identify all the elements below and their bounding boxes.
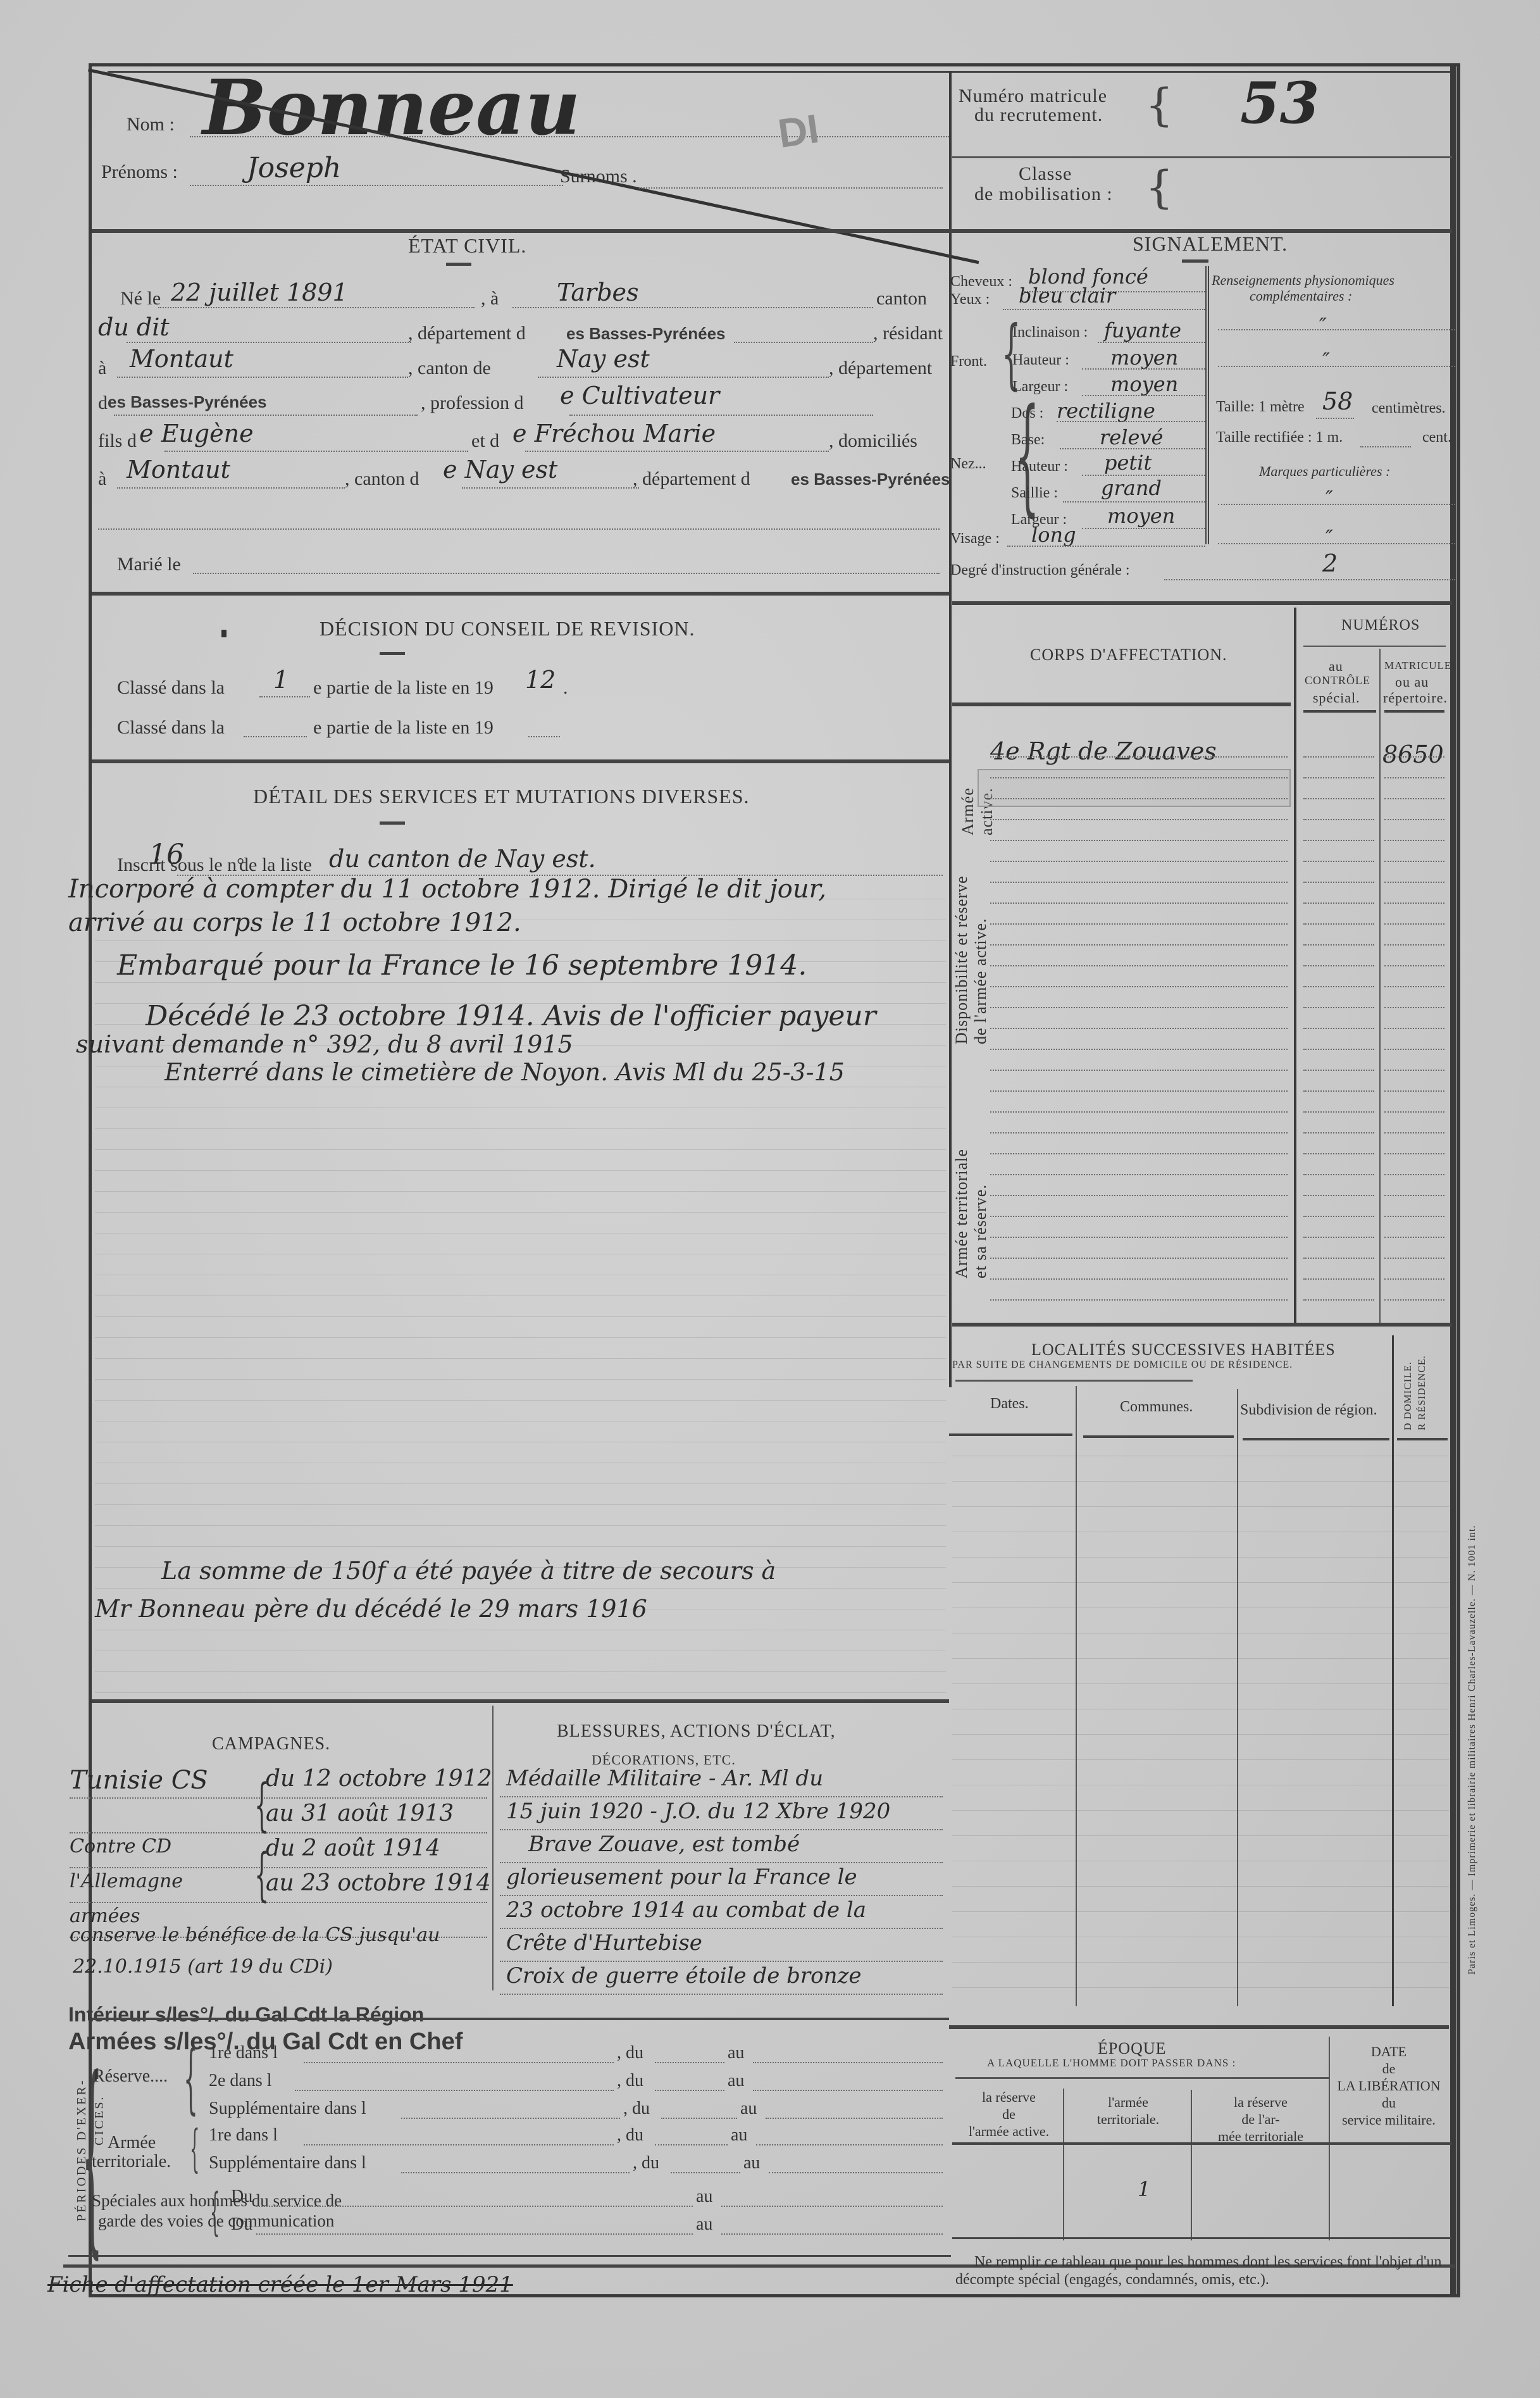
nez-hauteur: petit	[1104, 451, 1152, 475]
blessures-title: BLESSURES, ACTIONS D'ÉCLAT,	[557, 1721, 836, 1742]
front-inclinaison: fuyante	[1104, 318, 1181, 342]
periode-du: , du	[617, 2125, 643, 2145]
epoque-title: ÉPOQUE	[1098, 2039, 1167, 2058]
periode-row-label: Supplémentaire dans l	[209, 2153, 366, 2173]
service-entry: suivant demande n° 392, du 8 avril 1915	[76, 1030, 573, 1058]
classe-annee-1: 12	[525, 666, 556, 694]
di-stamp: DI	[775, 105, 822, 157]
blessure-entry: 23 octobre 1914 au combat de la	[506, 1897, 866, 1923]
periode-row-label: Supplémentaire dans l	[209, 2099, 366, 2119]
domicile: Montaut	[127, 456, 230, 484]
pere: e Eugène	[139, 420, 254, 447]
campagne-dates: du 2 août 1914	[266, 1835, 440, 1861]
domicile-canton: e Nay est	[443, 456, 557, 484]
inscrit-liste: du canton de Nay est.	[329, 845, 596, 873]
campagnes-note-1: conserve le bénéfice de la CS jusqu'au	[70, 1924, 440, 1946]
periode-au: au	[731, 2125, 747, 2145]
classe-partie-1: 1	[273, 666, 289, 694]
periode-row-label: Du	[231, 2187, 252, 2207]
brace-icon: {	[183, 2041, 198, 2117]
residence-departement: es Basses-Pyrénées	[108, 392, 267, 412]
periode-au: au	[728, 2043, 744, 2063]
registration-card: Nom : Bonneau DI Prénoms : Joseph Surnom…	[0, 0, 1540, 2398]
periode-au: au	[743, 2153, 760, 2173]
lieu-naissance: Tarbes	[557, 278, 639, 306]
services-title: DÉTAIL DES SERVICES ET MUTATIONS DIVERSE…	[253, 785, 750, 808]
campagne-dates: du 12 octobre 1912	[266, 1766, 492, 1792]
brace-icon: {	[210, 2187, 220, 2237]
periode-du: , du	[623, 2099, 650, 2119]
epoque-note: Ne remplir ce tableau que pour les homme…	[955, 2253, 1443, 2289]
service-entry: Enterré dans le cimetière de Noyon. Avis…	[165, 1058, 845, 1086]
printer-imprint: Paris et Limoges. — Imprimerie et librai…	[1467, 1525, 1478, 1975]
classe-label: Classe	[1019, 163, 1072, 185]
periode-du: , du	[633, 2153, 659, 2173]
periode-row-label: 1re dans l	[209, 2043, 278, 2063]
numeros-title: NUMÉROS	[1341, 617, 1420, 634]
periode-row-label: 2e dans l	[209, 2071, 272, 2091]
periode-au: au	[728, 2071, 744, 2091]
corps-title: CORPS D'AFFECTATION.	[1030, 646, 1227, 665]
nez-base: relevé	[1100, 425, 1163, 449]
epoque-column-header: DATEdeLA LIBÉRATIONduservice militaire.	[1332, 2043, 1446, 2128]
periode-du: , du	[617, 2043, 643, 2063]
mere: e Fréchou Marie	[512, 420, 716, 447]
epoque-territoriale-value: 1	[1138, 2177, 1150, 2201]
epoque-column-header: l'arméeterritoriale.	[1068, 2094, 1188, 2128]
front-hauteur: moyen	[1110, 346, 1178, 370]
periode-au: au	[696, 2187, 712, 2207]
matricule-label: Numéro matricule	[959, 85, 1107, 107]
armee-active-matricule: 8650	[1382, 740, 1444, 768]
blessure-entry: Brave Zouave, est tombé	[528, 1832, 800, 1857]
front-largeur: moyen	[1110, 372, 1178, 396]
residence: Montaut	[130, 345, 233, 373]
right-thick-rule	[1450, 63, 1456, 2297]
nez-saillie: grand	[1101, 476, 1162, 500]
prenoms-value: Joseph	[247, 152, 341, 184]
brace-icon: {	[190, 2123, 199, 2174]
blessure-entry: Croix de guerre étoile de bronze	[506, 1963, 862, 1989]
disponibilite-label: Disponibilité et réserve de l'armée acti…	[952, 875, 990, 1044]
residence-canton: Nay est	[557, 345, 650, 373]
blessure-entry: Crête d'Hurtebise	[506, 1930, 702, 1956]
brace-icon: {	[1145, 161, 1174, 213]
blessure-entry: 15 juin 1920 - J.O. du 12 Xbre 1920	[506, 1799, 890, 1824]
inscrit-numero: 16	[149, 839, 184, 871]
nez-largeur: moyen	[1107, 504, 1175, 528]
nez-dos: rectiligne	[1057, 399, 1155, 423]
armee-active-corps: 4e Rgt de Zouaves	[990, 737, 1217, 765]
date-naissance: 22 juillet 1891	[171, 278, 348, 306]
secours-entry: La somme de 150f a été payée à titre de …	[161, 1557, 776, 1585]
signalement-title: SIGNALEMENT.	[1133, 232, 1288, 256]
blessure-entry: glorieusement pour la France le	[506, 1864, 857, 1890]
domicile-departement: es Basses-Pyrénées	[791, 470, 950, 489]
matricule-value: 53	[1240, 70, 1319, 137]
periode-du: , du	[617, 2071, 643, 2091]
surnoms-label: Surnoms .	[560, 166, 637, 187]
brace-icon: {	[254, 1772, 269, 1839]
profession: e Cultivateur	[560, 382, 719, 409]
epoque-column-header: la réservedel'armée active.	[957, 2089, 1061, 2140]
brace-icon: {	[254, 1842, 269, 1908]
service-entry: arrivé au corps le 11 octobre 1912.	[68, 908, 521, 937]
etat-civil-title: ÉTAT CIVIL.	[408, 234, 526, 258]
blessure-entry: Médaille Militaire - Ar. Ml du	[506, 1766, 823, 1791]
campagne-theatre: Contre CD	[70, 1835, 171, 1858]
territoriale-label: Armée territoriale et sa réserve.	[952, 1149, 990, 1278]
canton-naissance: du dit	[98, 313, 170, 341]
service-entry: Décédé le 23 octobre 1914. Avis de l'off…	[146, 1000, 876, 1032]
campagne-theatre: l'Allemagne	[70, 1870, 183, 1892]
periode-row-label: Du	[231, 2214, 252, 2235]
service-entry: Embarqué pour la France le 16 septembre …	[117, 949, 807, 982]
taille-value: 58	[1322, 387, 1353, 415]
interieur-stamp: Intérieur s/les°/. du Gal Cdt la Région	[68, 2003, 424, 2026]
periode-row-label: 1re dans l	[209, 2125, 278, 2145]
visage-value: long	[1031, 523, 1076, 547]
fiche-affectation-note: Fiche d'affectation créée le 1er Mars 19…	[47, 2272, 513, 2297]
epoque-column-header: la réservede l'ar-mée territoriale	[1196, 2094, 1326, 2145]
nom-label: Nom :	[127, 114, 175, 135]
campagnes-title: CAMPAGNES.	[212, 1734, 330, 1754]
departement-naissance: es Basses-Pyrénées	[566, 324, 726, 344]
brace-icon: {	[1145, 79, 1174, 131]
prenoms-label: Prénoms :	[101, 161, 178, 183]
yeux-value: bleu clair	[1019, 284, 1115, 308]
periode-au: au	[740, 2099, 757, 2119]
periode-au: au	[696, 2214, 712, 2235]
gray-overlay-box	[978, 769, 1291, 807]
instruction-value: 2	[1322, 549, 1338, 577]
campagne-dates: au 31 août 1913	[266, 1801, 454, 1827]
campagnes-note-2: 22.10.1915 (art 19 du CDi)	[73, 1956, 333, 1978]
conseil-title: DÉCISION DU CONSEIL DE REVISION.	[320, 617, 695, 640]
campagne-dates: au 23 octobre 1914	[266, 1870, 491, 1896]
service-entry: Incorporé à compter du 11 octobre 1912. …	[68, 875, 826, 904]
domicile-residence-label: D DOMICILE. R RÉSIDENCE.	[1401, 1355, 1429, 1430]
localites-title: LOCALITÉS SUCCESSIVES HABITÉES	[1031, 1340, 1336, 1359]
campagne-theatre: Tunisie CS	[70, 1766, 208, 1795]
